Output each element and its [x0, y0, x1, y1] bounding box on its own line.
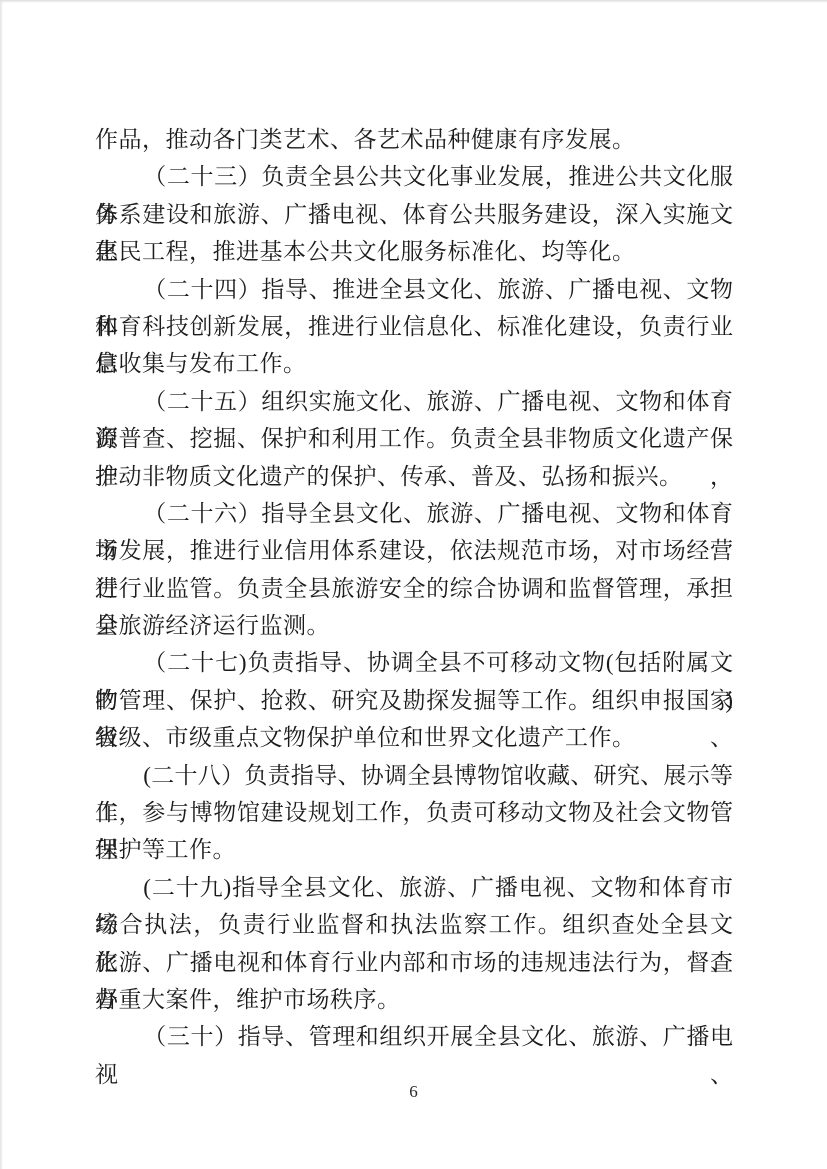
text-line: 综合执法，负责行业监督和执法监察工作。组织查处全县文化、 — [95, 906, 733, 943]
text-line: 的管理、保护、抢救、研究及勘探发掘等工作。组织申报国家级、 — [95, 682, 733, 719]
text-line: 体育科技创新发展，推进行业信息化、标准化建设，负责行业信 — [95, 308, 733, 345]
text-line: 息收集与发布工作。 — [95, 345, 733, 382]
scan-edge-top — [0, 0, 827, 3]
text-line: （二十四）指导、推进全县文化、旅游、广播电视、文物和 — [95, 271, 733, 308]
text-line: 作，参与博物馆建设规划工作，负责可移动文物及社会文物管理 — [95, 794, 733, 831]
scan-edge-left — [0, 0, 3, 1169]
text-line: (二十八）负责指导、协调全县博物馆收藏、研究、展示等工 — [95, 757, 733, 794]
text-line: （二十三）负责全县公共文化事业发展，推进公共文化服务 — [95, 158, 733, 195]
text-line: 行行业监管。负责全县旅游安全的综合协调和监督管理，承担全 — [95, 570, 733, 607]
text-line: 惠民工程，推进基本公共文化服务标准化、均等化。 — [95, 233, 733, 270]
page-number: 6 — [0, 1082, 827, 1102]
text-line: （二十六）指导全县文化、旅游、广播电视、文物和体育市 — [95, 495, 733, 532]
text-line: 办重大案件，维护市场秩序。 — [95, 981, 733, 1018]
text-line: 推动非物质文化遗产的保护、传承、普及、弘扬和振兴。 — [95, 458, 733, 495]
text-line: 场发展，推进行业信用体系建设，依法规范市场，对市场经营进 — [95, 532, 733, 569]
text-line: 作品，推动各门类艺术、各艺术品种健康有序发展。 — [95, 121, 733, 158]
text-line: （三十）指导、管理和组织开展全县文化、旅游、广播电视、 — [95, 1018, 733, 1055]
body-text: 作品，推动各门类艺术、各艺术品种健康有序发展。（二十三）负责全县公共文化事业发展… — [95, 121, 733, 1056]
text-line: 体系建设和旅游、广播电视、体育公共服务建设，深入实施文化 — [95, 196, 733, 233]
text-line: 保护等工作。 — [95, 831, 733, 868]
text-line: 旅游、广播电视和体育行业内部和市场的违规违法行为，督查督 — [95, 944, 733, 981]
text-line: （二十五）组织实施文化、旅游、广播电视、文物和体育资 — [95, 383, 733, 420]
text-line: 源普查、挖掘、保护和利用工作。负责全县非物质文化遗产保护， — [95, 420, 733, 457]
text-line: 县旅游经济运行监测。 — [95, 607, 733, 644]
text-line: （二十七)负责指导、协调全县不可移动文物(包括附属文物) — [95, 644, 733, 681]
text-line: (二十九)指导全县文化、旅游、广播电视、文物和体育市场 — [95, 869, 733, 906]
